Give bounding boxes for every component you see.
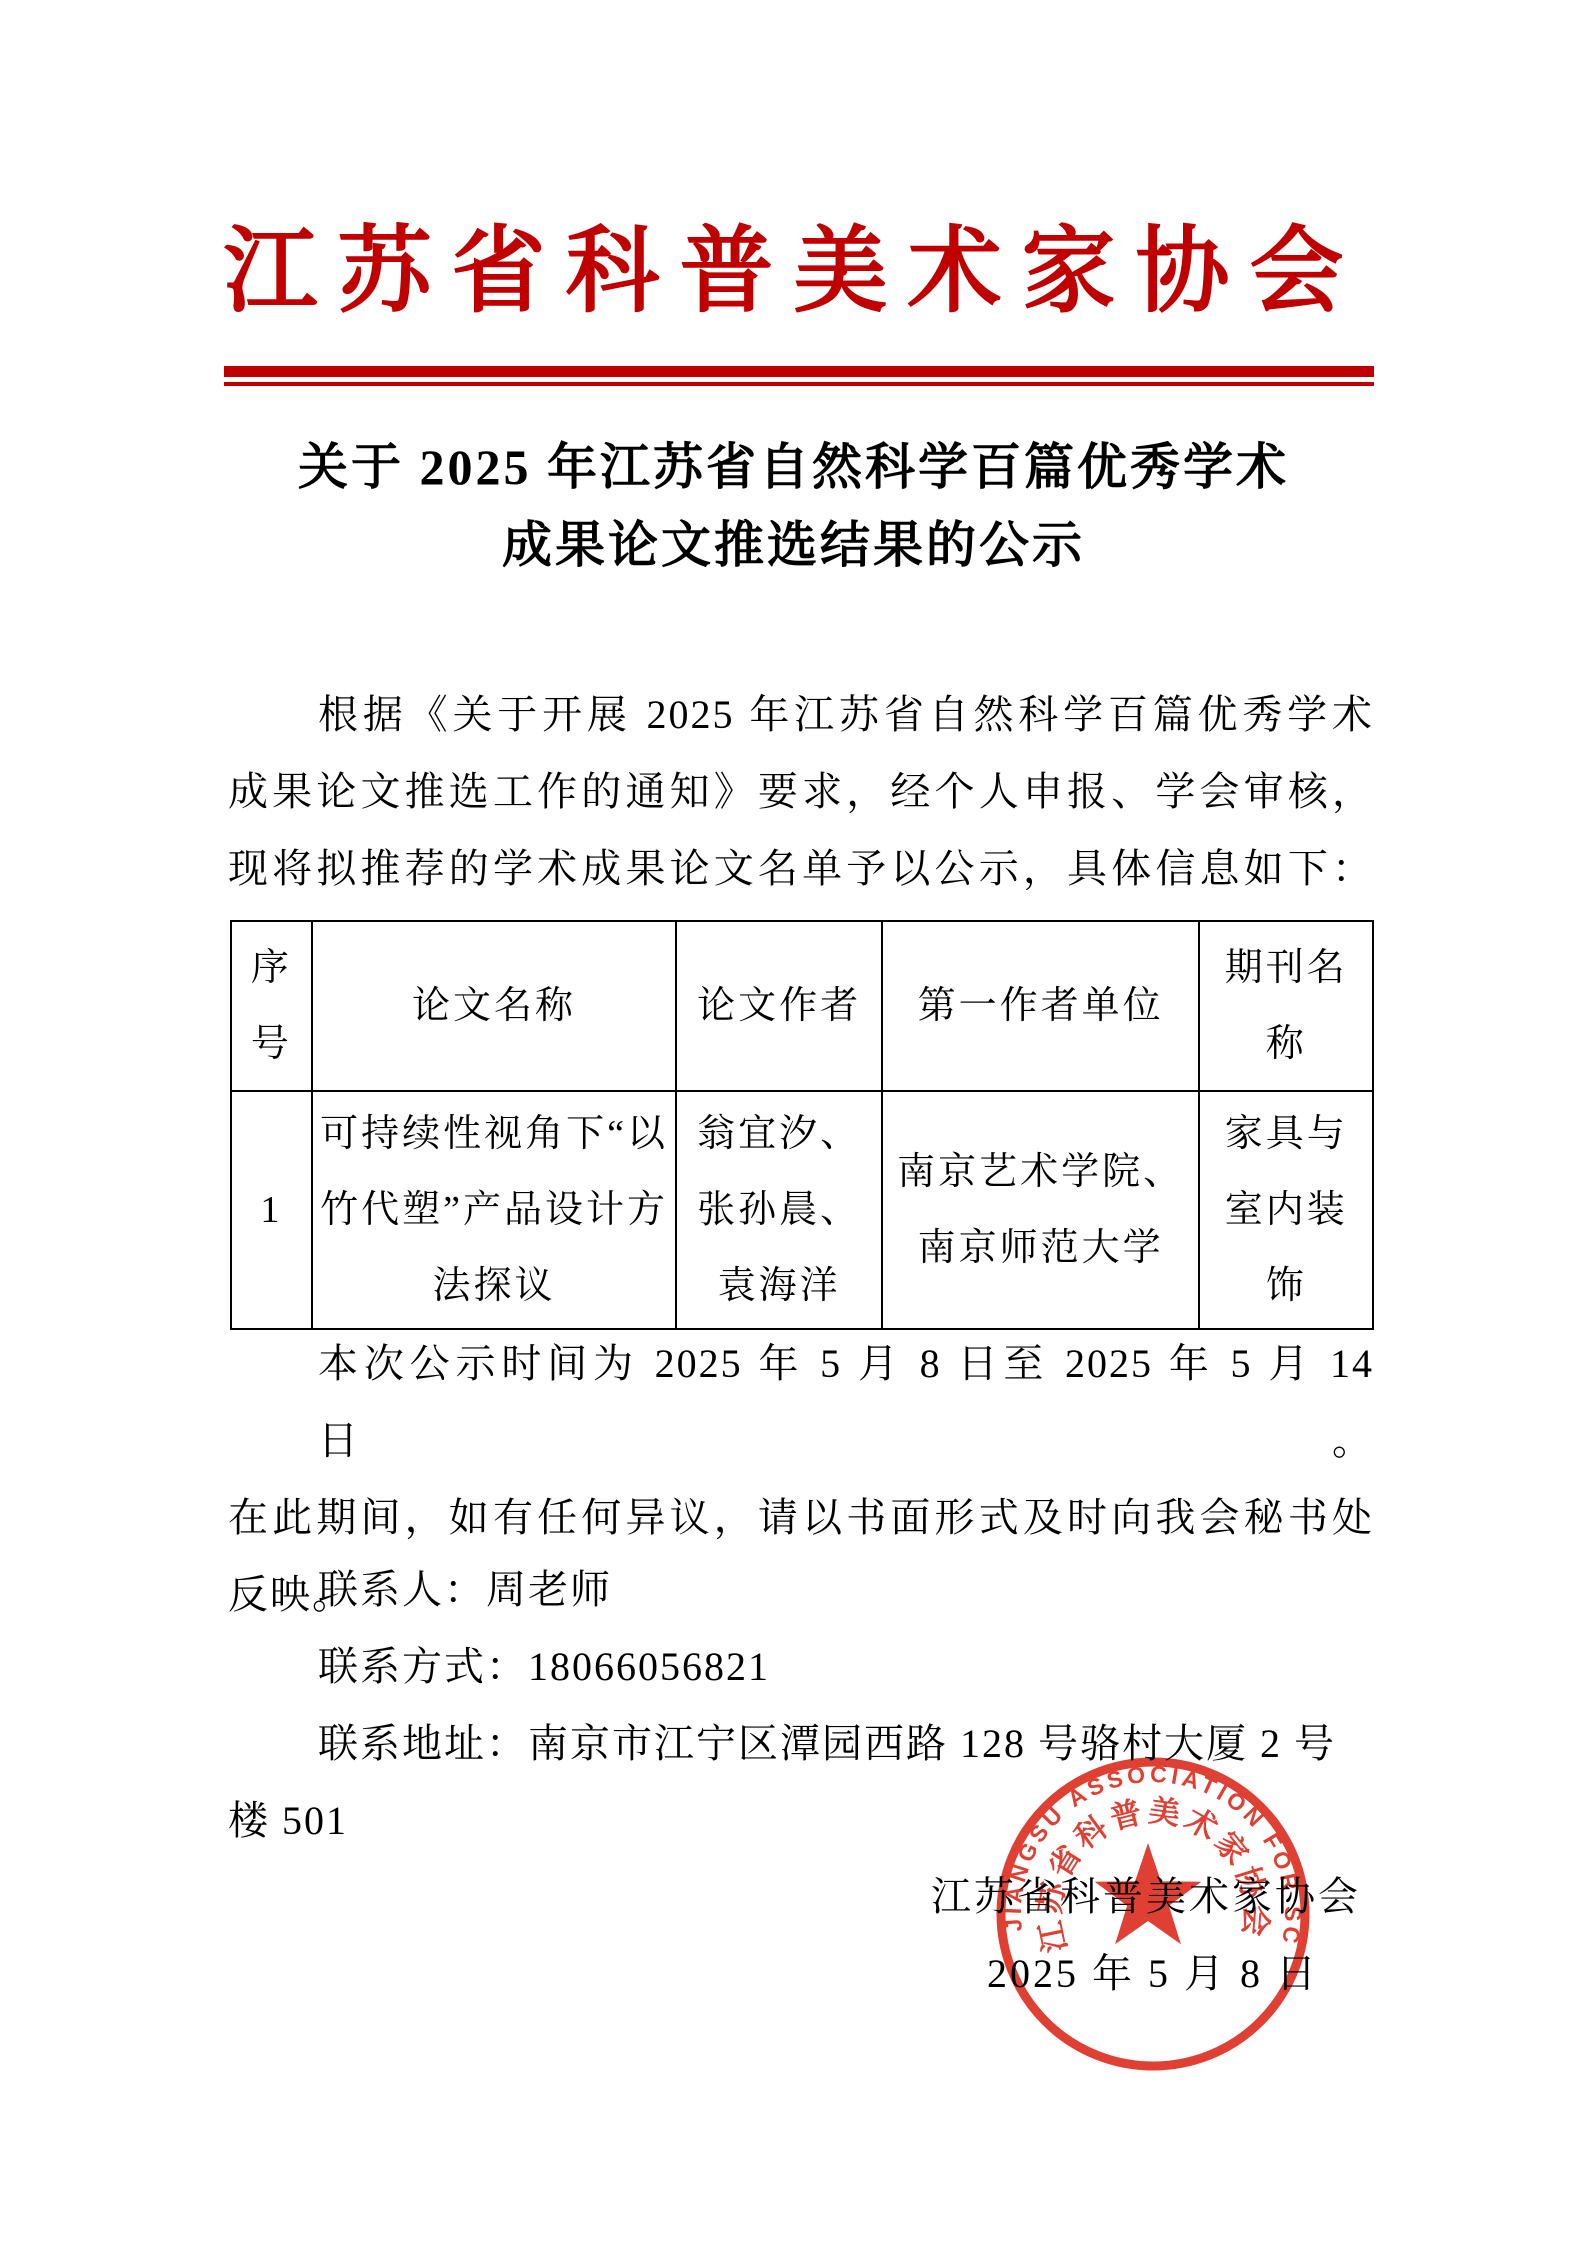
header-authors: 论文作者 xyxy=(676,921,882,1091)
notice-line-2: 在此期间，如有任何异议，请以书面形式及时向我会秘书处 xyxy=(228,1479,1374,1556)
document-title-line1: 关于 2025 年江苏省自然科学百篇优秀学术 xyxy=(0,428,1587,506)
intro-line-2: 成果论文推选工作的通知》要求，经个人申报、学会审核， xyxy=(228,753,1374,830)
intro-paragraph: 根据《关于开展 2025 年江苏省自然科学百篇优秀学术 成果论文推选工作的通知》… xyxy=(228,676,1374,907)
document-title-line2: 成果论文推选结果的公示 xyxy=(0,506,1587,584)
document-title: 关于 2025 年江苏省自然科学百篇优秀学术 成果论文推选结果的公示 xyxy=(0,428,1587,584)
cell-first-author-org: 南京艺术学院、南京师范大学 xyxy=(882,1091,1199,1329)
double-red-rule xyxy=(224,366,1374,386)
contact-person-line: 联系人：周老师 xyxy=(228,1551,1374,1628)
notice-line-1: 本次公示时间为 2025 年 5 月 8 日至 2025 年 5 月 14 日。 xyxy=(228,1325,1374,1479)
rule-thin-line xyxy=(224,382,1374,386)
letterhead-org-name: 江苏省科普美术家协会 xyxy=(0,212,1587,332)
rule-thick-line xyxy=(224,366,1374,377)
intro-line-1: 根据《关于开展 2025 年江苏省自然科学百篇优秀学术 xyxy=(228,676,1374,753)
cell-paper-title: 可持续性视角下“以竹代塑”产品设计方法探议 xyxy=(312,1091,676,1329)
contact-phone-line: 联系方式：18066056821 xyxy=(228,1628,1374,1705)
header-paper-title: 论文名称 xyxy=(312,921,676,1091)
table-row: 1 可持续性视角下“以竹代塑”产品设计方法探议 翁宜汐、张孙晨、袁海洋 南京艺术… xyxy=(231,1091,1373,1329)
cell-journal: 家具与室内装饰 xyxy=(1199,1091,1373,1329)
header-index: 序号 xyxy=(231,921,312,1091)
star-icon xyxy=(1095,1843,1202,1944)
results-table: 序号 论文名称 论文作者 第一作者单位 期刊名称 1 可持续性视角下“以竹代塑”… xyxy=(230,920,1374,1330)
official-stamp: JIANGSU ASSOCIATION FOR SCIENCE ARTISTS … xyxy=(988,1749,1318,2079)
header-journal: 期刊名称 xyxy=(1199,921,1373,1091)
header-first-author-org: 第一作者单位 xyxy=(882,921,1199,1091)
intro-line-3: 现将拟推荐的学术成果论文名单予以公示，具体信息如下： xyxy=(228,830,1374,907)
cell-authors: 翁宜汐、张孙晨、袁海洋 xyxy=(676,1091,882,1329)
document-page: 江苏省科普美术家协会 关于 2025 年江苏省自然科学百篇优秀学术 成果论文推选… xyxy=(0,0,1587,2245)
table-header-row: 序号 论文名称 论文作者 第一作者单位 期刊名称 xyxy=(231,921,1373,1091)
cell-index: 1 xyxy=(231,1091,312,1329)
